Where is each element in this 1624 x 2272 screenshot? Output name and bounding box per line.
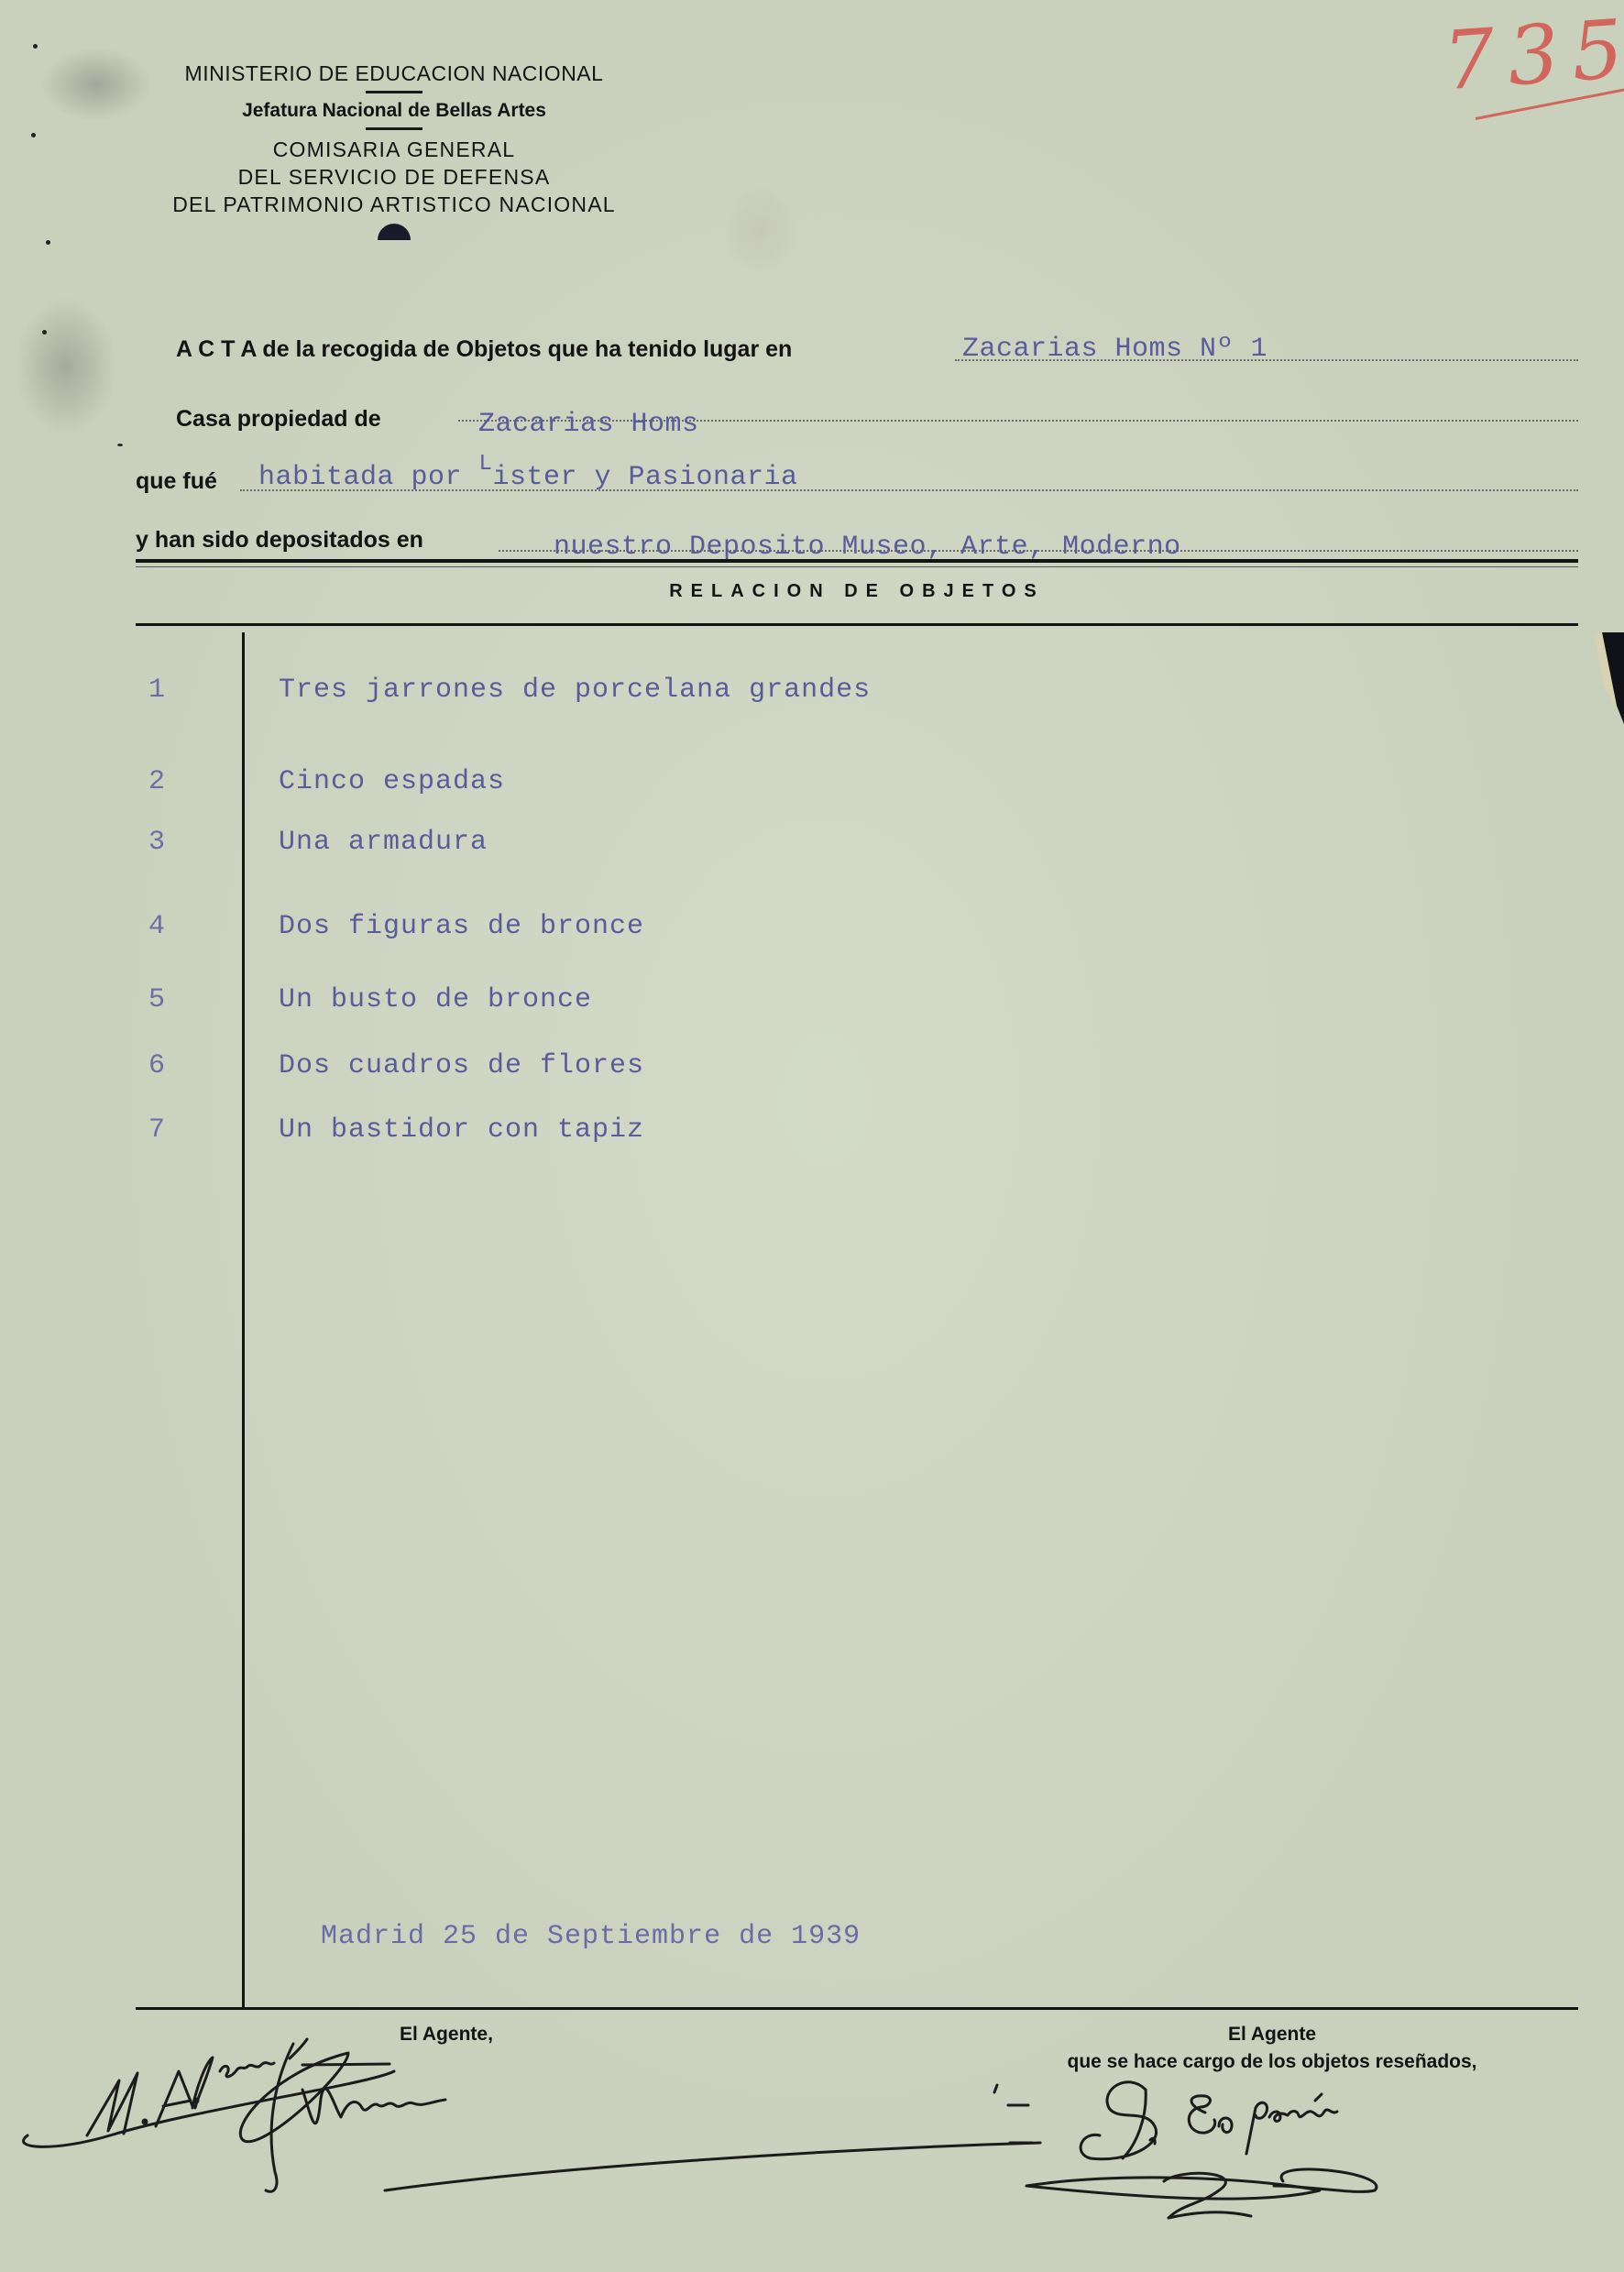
- item-number: 3: [148, 827, 185, 858]
- object-list-item: 6 Dos cuadros de flores: [136, 1045, 1235, 1081]
- item-description: Tres jarrones de porcelana grandes: [279, 675, 871, 706]
- acta-label: A C T A de la recogida de Objetos que ha…: [176, 336, 792, 363]
- right-signature-icon: [1008, 1998, 1624, 2236]
- section-rule-top-thin: [136, 566, 1578, 567]
- item-description: Un busto de bronce: [279, 984, 592, 1015]
- object-list-item: 3 Una armadura: [136, 821, 1235, 858]
- deposit-value: nuestro Deposito Museo, Arte, Moderno: [554, 532, 1181, 563]
- objects-section-title: RELACION DE OBJETOS: [136, 581, 1578, 602]
- object-list-item: 4 Dos figuras de bronce: [136, 906, 1235, 942]
- paper-speck: [117, 444, 123, 446]
- deposit-field: y han sido depositados en nuestro Deposi…: [0, 522, 1624, 559]
- letterhead-divider: [366, 91, 422, 93]
- paper-speck: [46, 240, 50, 245]
- deposit-label: y han sido depositados en: [136, 527, 423, 554]
- section-rule-top: [136, 559, 1578, 563]
- ministry-name: MINISTERIO DE EDUCACION NACIONAL: [147, 60, 642, 86]
- page-edge-tab: [1595, 632, 1624, 724]
- commission-line-1: COMISARIA GENERAL: [147, 136, 642, 163]
- inhabited-value: habitada por Lister y Pasionaria: [258, 462, 798, 493]
- item-number: 5: [148, 984, 185, 1015]
- owner-field: Casa propiedad de Zacarias Homs: [0, 401, 1624, 438]
- object-list-item: 5 Un busto de bronce: [136, 979, 1235, 1015]
- document-date: Madrid 25 de Septiembre de 1939: [321, 1921, 861, 1952]
- item-description: Una armadura: [279, 827, 488, 858]
- item-description: Un bastidor con tapiz: [279, 1114, 644, 1146]
- department-name: Jefatura Nacional de Bellas Artes: [147, 99, 642, 123]
- half-disc-emblem-icon: [378, 224, 411, 240]
- owner-label: Casa propiedad de: [176, 406, 381, 433]
- letterhead: MINISTERIO DE EDUCACION NACIONAL Jefatur…: [147, 60, 642, 240]
- item-number: 2: [148, 766, 185, 797]
- left-signature-icon: [0, 1998, 1045, 2236]
- inhabited-label: que fué: [136, 468, 217, 495]
- commission-line-3: DEL PATRIMONIO ARTISTICO NACIONAL: [110, 191, 678, 218]
- acta-location-field: A C T A de la recogida de Objetos que ha…: [0, 332, 1624, 368]
- item-number: 7: [148, 1114, 185, 1146]
- inhabited-value-correction: L: [479, 452, 493, 477]
- paper-speck: [33, 44, 38, 49]
- archive-number: 735: [1441, 1, 1624, 108]
- commission-line-2: DEL SERVICIO DE DEFENSA: [147, 163, 642, 191]
- section-rule-bottom: [136, 623, 1578, 626]
- item-number: 1: [148, 675, 185, 706]
- letterhead-divider: [366, 127, 422, 130]
- inhabited-value-pre: habitada por: [258, 462, 479, 493]
- inhabited-value-post: ister y Pasionaria: [492, 462, 797, 493]
- owner-value: Zacarias Homs: [478, 409, 699, 440]
- item-description: Dos figuras de bronce: [279, 911, 644, 942]
- item-number: 4: [148, 911, 185, 942]
- inhabited-field: que fué habitada por Lister y Pasionaria: [0, 460, 1624, 497]
- object-list-item: 1 Tres jarrones de porcelana grandes: [136, 669, 1235, 706]
- object-list-item: 7 Un bastidor con tapiz: [136, 1109, 1235, 1146]
- object-list-item: 2 Cinco espadas: [136, 761, 1235, 797]
- item-description: Cinco espadas: [279, 766, 505, 797]
- item-description: Dos cuadros de flores: [279, 1050, 644, 1081]
- acta-location-value: Zacarias Homs Nº 1: [962, 334, 1267, 365]
- paper-speck: [31, 133, 36, 137]
- item-number: 6: [148, 1050, 185, 1081]
